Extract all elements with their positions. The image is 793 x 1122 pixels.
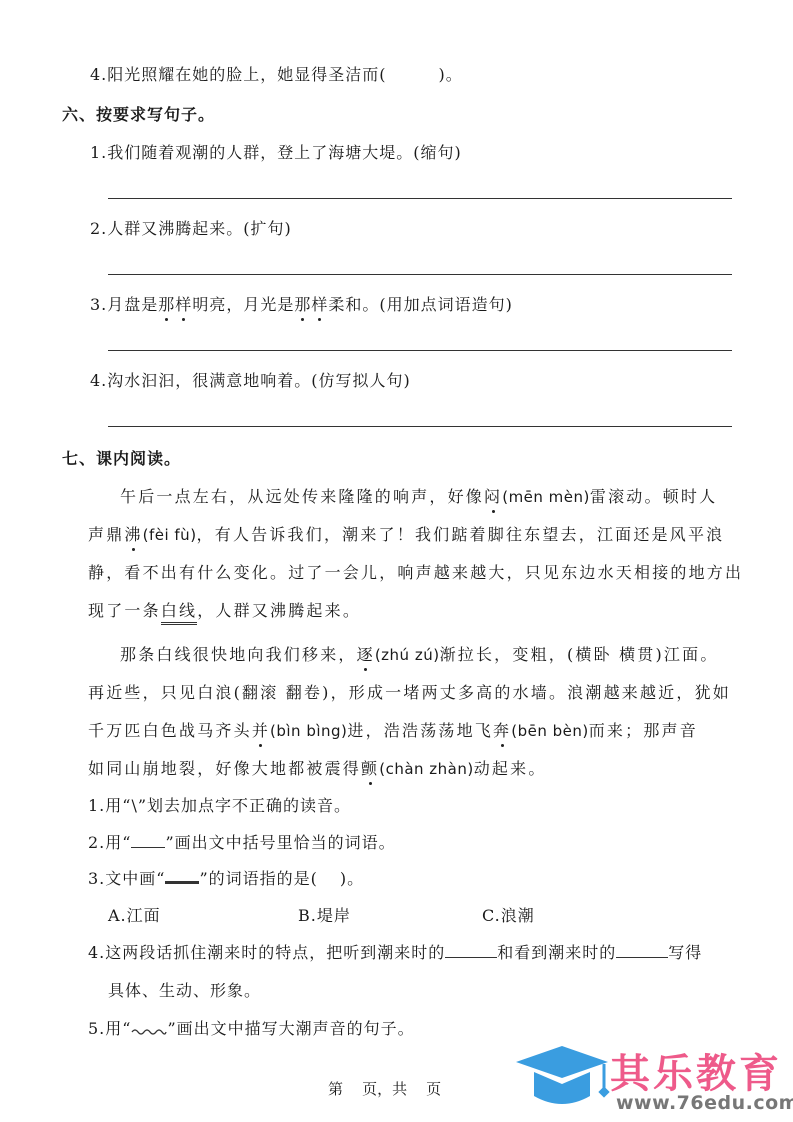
graduation-cap-icon (512, 1044, 610, 1112)
text: ，有人告诉我们，潮来了！我们踮着脚往东望去，江面还是风平浪 (197, 525, 725, 544)
dotted-char: 闷 (484, 484, 502, 507)
q6-3-part: 明亮，月光是 (192, 295, 294, 314)
q7-4: 4.这两段话抓住潮来时的特点，把听到潮来时的和看到潮来时的写得 (88, 940, 702, 963)
text: 声鼎 (88, 525, 124, 544)
text: 而来；那声音 (589, 721, 698, 740)
double-underlined-word: 白线 (161, 598, 197, 625)
section-7-title: 七、课内阅读。 (62, 446, 181, 469)
text: 4.这两段话抓住潮来时的特点，把听到潮来时的 (88, 943, 445, 962)
dotted-char: 沸 (124, 522, 142, 545)
text: ”画出文中描写大潮声音的句子。 (167, 1019, 414, 1038)
dotted-char: 那 (158, 292, 175, 315)
text: 进，浩浩荡荡地飞 (347, 721, 493, 740)
dotted-char: 逐 (357, 642, 375, 665)
text: ”画出文中括号里恰当的词语。 (165, 833, 395, 852)
text: 那条白线很快地向我们移来， (120, 645, 357, 664)
section-6-title: 六、按要求写句子。 (62, 102, 215, 125)
logo-url: www.76edu.com (616, 1092, 793, 1114)
q7-3: 3.文中画“”的词语指的是()。 (88, 866, 364, 889)
text: )。 (340, 869, 364, 888)
text: ，人群又沸腾起来。 (197, 601, 361, 620)
text: 2.用“ (88, 833, 131, 852)
text: ”的词语指的是( (199, 869, 317, 888)
passage-p2-line1: 那条白线很快地向我们移来，逐(zhú zú)渐拉长，变粗，(横卧 横贯)江面。 (120, 642, 719, 665)
dotted-char: 奔 (493, 718, 511, 741)
text: 渐拉长，变粗，(横卧 横贯)江面。 (440, 645, 719, 664)
text: 3.文中画“ (88, 869, 165, 888)
text: 千万匹白色战马齐头 (88, 721, 252, 740)
passage-p2-line2: 再近些，只见白浪(翻滚 翻卷)，形成一堵两丈多高的水墙。浪潮越来越近，犹如 (88, 680, 731, 703)
q5-4-close: )。 (439, 65, 463, 84)
double-underline-sample (165, 881, 199, 884)
answer-line-6-4[interactable] (108, 426, 732, 427)
dotted-char: 样 (175, 292, 192, 315)
q6-4: 4.沟水汩汩，很满意地响着。(仿写拟人句) (90, 368, 411, 391)
q7-3-option-a[interactable]: A.江面 (108, 903, 161, 926)
pinyin-options: (bìn bìng) (270, 722, 347, 740)
pinyin-options: (zhú zú) (375, 646, 440, 664)
q7-2: 2.用“”画出文中括号里恰当的词语。 (88, 830, 396, 853)
text: 写得 (668, 943, 702, 962)
pinyin-options: (bēn bèn) (511, 722, 589, 740)
logo-title: 其乐教育 (610, 1042, 782, 1099)
dotted-char: 那 (294, 292, 311, 315)
q5-4: 4.阳光照耀在她的脸上，她显得圣洁而()。 (90, 62, 463, 85)
answer-blank[interactable] (445, 957, 497, 958)
passage-p1-line4: 现了一条白线，人群又沸腾起来。 (88, 598, 361, 625)
q7-1: 1.用“\”划去加点字不正确的读音。 (88, 793, 351, 816)
text: 动起来。 (474, 759, 547, 778)
text: 5.用“ (88, 1019, 131, 1038)
q5-4-text: 4.阳光照耀在她的脸上，她显得圣洁而( (90, 65, 387, 84)
pinyin-options: (chàn zhàn) (379, 760, 474, 778)
q6-1: 1.我们随着观潮的人群，登上了海塘大堤。(缩句) (90, 140, 462, 163)
q6-3-part: 3.月盘是 (90, 295, 158, 314)
q6-3-part: 柔和。(用加点词语造句) (328, 295, 513, 314)
q7-5: 5.用“”画出文中描写大潮声音的句子。 (88, 1016, 415, 1039)
answer-line-6-2[interactable] (108, 274, 732, 275)
passage-p1-line1: 午后一点左右，从远处传来隆隆的响声，好像闷(mēn mèn)雷滚动。顿时人 (120, 484, 717, 507)
text: 现了一条 (88, 601, 161, 620)
q7-3-option-b[interactable]: B.堤岸 (298, 903, 351, 926)
q6-3: 3.月盘是那样明亮，月光是那样柔和。(用加点词语造句) (90, 292, 513, 315)
dotted-char: 样 (311, 292, 328, 315)
q6-2: 2.人群又沸腾起来。(扩句) (90, 216, 292, 239)
dotted-char: 颤 (361, 756, 379, 779)
q7-4-cont: 具体、生动、形象。 (108, 978, 261, 1001)
answer-line-6-3[interactable] (108, 350, 732, 351)
passage-p1-line2: 声鼎沸(fèi fù)，有人告诉我们，潮来了！我们踮着脚往东望去，江面还是风平浪 (88, 522, 724, 545)
pinyin-options: (mēn mèn) (502, 488, 590, 506)
text: 午后一点左右，从远处传来隆隆的响声，好像 (120, 487, 484, 506)
page-footer: 第 页，共 页 (328, 1078, 441, 1099)
passage-p1-line3: 静，看不出有什么变化。过了一会儿，响声越来越大，只见东边水天相接的地方出 (88, 560, 743, 583)
text: 和看到潮来时的 (497, 943, 616, 962)
text: 如同山崩地裂，好像大地都被震得 (88, 759, 361, 778)
q7-3-option-c[interactable]: C.浪潮 (482, 903, 535, 926)
answer-blank[interactable] (616, 957, 668, 958)
text: 雷滚动。顿时人 (590, 487, 717, 506)
answer-line-6-1[interactable] (108, 198, 732, 199)
wavy-line-icon (131, 1026, 167, 1036)
passage-p2-line3: 千万匹白色战马齐头并(bìn bìng)进，浩浩荡荡地飞奔(bēn bèn)而来… (88, 718, 698, 741)
pinyin-options: (fèi fù) (143, 526, 197, 544)
dotted-char: 并 (252, 718, 270, 741)
underline-sample (131, 847, 165, 848)
passage-p2-line4: 如同山崩地裂，好像大地都被震得颤(chàn zhàn)动起来。 (88, 756, 547, 779)
